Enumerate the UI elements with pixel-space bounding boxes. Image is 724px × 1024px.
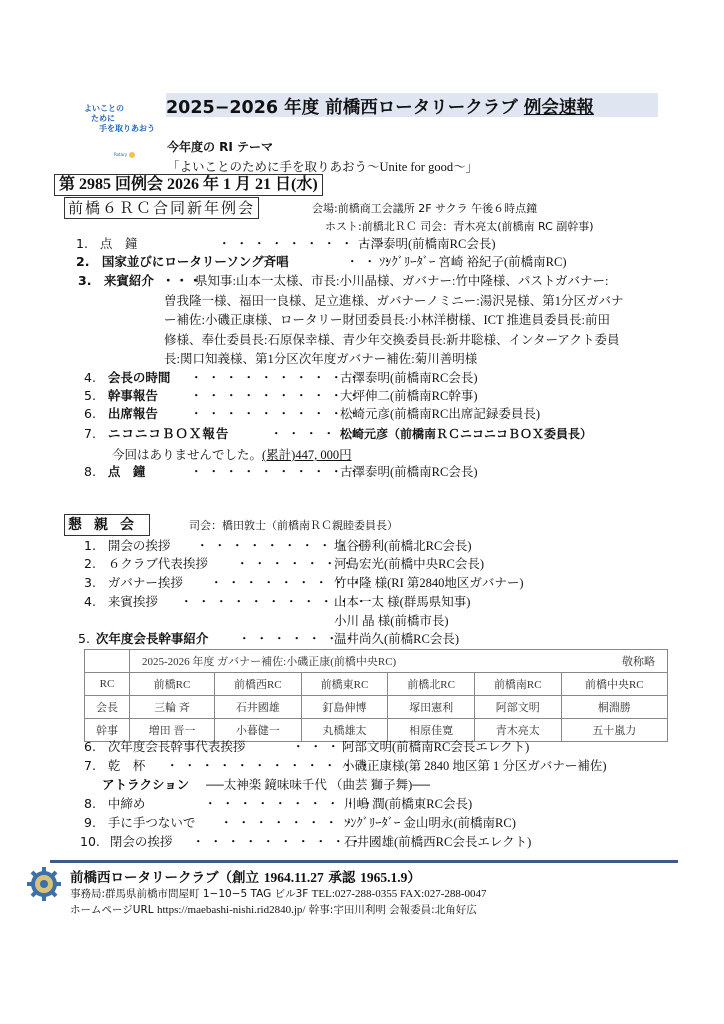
- table-header-text: 2025-2026 年度 ガバナー補佐:小磯正康(前橋中央RC): [142, 656, 396, 668]
- title-main: 2025−2026 年度 前橋西ロータリークラブ: [166, 98, 524, 118]
- honorific-note: 敬称略: [622, 653, 667, 669]
- party-item: 1. 開会の挨拶 ・・・・・・・・・・ 塩谷勝利(前橋北RC会長): [84, 537, 170, 555]
- item-label: 開会の挨拶: [108, 538, 171, 553]
- item-number: 7.: [84, 426, 96, 441]
- meeting-number-date: 第 2985 回例会 2026 年 1 月 21 日(水): [54, 174, 323, 196]
- item-number: 3.: [78, 273, 91, 288]
- officers-table: 2025-2026 年度 ガバナー補佐:小磯正康(前橋中央RC) 敬称略 RC …: [84, 649, 668, 742]
- theme-label: 今年度の RI テーマ: [167, 138, 273, 155]
- item-person: 古澤泰明(前橋南RC会長): [358, 235, 496, 253]
- item-person: ──太神楽 鏡味味千代 （曲芸 獅子舞)──: [206, 776, 430, 794]
- item-number: 6.: [84, 739, 96, 754]
- footer-office: 事務局:群馬県前橋市問屋町 1−10−5 TAG ビル3F TEL:027-28…: [70, 886, 487, 901]
- table-cell: 阿部文明: [474, 696, 561, 719]
- program-item: 7. ニコニコＢＯＸ報告 ・・・・ 松崎元彦（前橋南ＲＣニコニコＢＯＸ委員長）: [84, 425, 229, 443]
- item-person: 河島宏光(前橋中央RC会長): [334, 555, 484, 573]
- guest-line: 長:関口知義様、第1分区次年度ガバナー補佐:菊川善明様: [120, 350, 623, 370]
- dot-leader: ・・・・・・・・・・: [192, 833, 367, 851]
- item-label: 閉会の挨拶: [110, 834, 173, 849]
- theme-text: 「よいことのために手を取りあおう～Unite for good～」: [167, 157, 478, 175]
- program-item: 2. 国家並びにロータリーソング斉唱 ・・・ ｿﾝｸﾞﾘｰﾀﾞｰ 宮崎 裕紀子(…: [76, 253, 289, 271]
- guest-line: ー補佐:小磯正康様、ロータリー財団委員長:小林洋樹様、ICT 推進員委員長:前田: [120, 311, 623, 331]
- rotary-wheel-icon: [129, 152, 135, 158]
- table-cell: 前橋南RC: [474, 673, 561, 696]
- table-cell: 前橋RC: [130, 673, 215, 696]
- table-cell: 桐淵勝: [561, 696, 667, 719]
- rotary-mini-logo: Rotary: [114, 152, 135, 158]
- club-name: 前橋西ロータリークラブ（創立: [70, 870, 264, 886]
- item-person: ｿﾝｸﾞﾘｰﾀﾞｰ 金山明永(前橋南RC): [344, 814, 516, 832]
- table-header-cell: 2025-2026 年度 ガバナー補佐:小磯正康(前橋中央RC) 敬称略: [130, 650, 668, 673]
- item-person: 温井尚久(前橋RC会長): [334, 630, 459, 648]
- item-number: 4.: [84, 370, 96, 385]
- party-item: 10. 閉会の挨拶 ・・・・・・・・・・ 石井國雄(前橋西RC会長エレクト): [80, 833, 172, 851]
- item-label: 幹事報告: [108, 388, 158, 403]
- event-name: 前橋６ＲＣ合同新年例会: [64, 197, 259, 219]
- staff-info: 幹事:宇田川利明 会報委員:北角好広: [305, 904, 476, 916]
- program-item: 8. 点 鐘 ・・・・・・・・・・ 古澤泰明(前橋南RC会長): [84, 463, 145, 481]
- homepage-url[interactable]: https://maebashi-nishi.rid2840.jp/: [157, 904, 306, 916]
- table-cell: 前橋北RC: [388, 673, 475, 696]
- item-label: 国家並びにロータリーソング斉唱: [102, 254, 289, 269]
- guest-line: 県知事:山本一太様、市長:小川晶様、ガバナー:竹中隆様、パストガバナー:: [120, 272, 623, 292]
- item-person: 石井國雄(前橋西RC会長エレクト): [344, 833, 531, 851]
- rotary-wheel-icon: [26, 866, 62, 902]
- logo-line: よいことの: [84, 104, 155, 114]
- footer-divider: [50, 860, 678, 863]
- party-item: 4. 来賓挨拶 ・・・・・・・・・・・ 山本一太 様(群馬県知事): [84, 593, 158, 611]
- item-label: 次年度会長幹事代表挨拶: [108, 739, 246, 754]
- item-label: 中締め: [108, 796, 146, 811]
- dot-leader: ・・・・: [270, 425, 340, 443]
- item-label: ニコニコＢＯＸ報告: [108, 426, 230, 441]
- party-item: 8. 中締め ・・・・・・・・・・ 川嶋 潤(前橋東RC会長): [84, 795, 145, 813]
- paren-close: ）: [407, 870, 421, 886]
- table-cell: 石井國雄: [214, 696, 301, 719]
- table-cell: 塚田憲利: [388, 696, 475, 719]
- program-item: 4. 会長の時間 ・・・・・・・・・・ 古澤泰明(前橋南RC会長): [84, 369, 170, 387]
- party-item: 9. 手に手つないで ・・・・・・・・ ｿﾝｸﾞﾘｰﾀﾞｰ 金山明永(前橋南RC…: [84, 814, 195, 832]
- venue-info: 会場:前橋商工会議所 2F サクラ 午後６時点鐘: [312, 200, 537, 216]
- dot-leader: ・・・・・・・・・・: [190, 463, 365, 481]
- rotary-mini-text: Rotary: [114, 152, 127, 157]
- item-number: 10.: [80, 834, 100, 849]
- item-person: 阿部文明(前橋南RC会長エレクト): [342, 738, 529, 756]
- table-cell: 前橋中央RC: [561, 673, 667, 696]
- item-number: 1.: [76, 236, 88, 251]
- party-mc: 司会：橋田敦士（前橋南ＲＣ親睦委員長）: [189, 517, 398, 533]
- page-title: 2025−2026 年度 前橋西ロータリークラブ 例会速報: [166, 94, 594, 119]
- item-label: ６クラブ代表挨拶: [108, 556, 208, 571]
- item-label: 点 鐘: [108, 464, 146, 479]
- item-person: 小川 晶 様(前橋市長): [334, 612, 449, 630]
- footer-club-name: 前橋西ロータリークラブ（創立 1964.11.27 承認 1965.1.9）: [70, 866, 421, 886]
- item-label: アトラクション: [102, 777, 189, 792]
- item-person: 古澤泰明(前橋南RC会長): [340, 463, 478, 481]
- item-person: 塩谷勝利(前橋北RC会長): [334, 537, 472, 555]
- nikoniko-note: 今回はありませんでした。(累計)447, 000円: [112, 445, 352, 463]
- item-label: 出席報告: [108, 406, 158, 421]
- party-title: 懇親会: [64, 514, 150, 536]
- item-person: 竹中隆 様(RI 第2840地区ガバナー): [334, 574, 524, 592]
- item-person: 古澤泰明(前橋南RC会長): [340, 369, 478, 387]
- item-number: 2.: [84, 556, 96, 571]
- item-person: 大坪伸二(前橋南RC幹事): [340, 387, 478, 405]
- item-person: 松崎元彦（前橋南ＲＣニコニコＢＯＸ委員長）: [340, 425, 592, 443]
- approved-label: 承認: [324, 870, 360, 886]
- tel-fax: TEL:027-288-0355 FAX:027-288-0047: [312, 888, 487, 900]
- table-cell: RC: [85, 673, 130, 696]
- item-person: 山本一太 様(群馬県知事): [334, 593, 470, 611]
- item-label: 次年度会長幹事紹介: [96, 631, 209, 646]
- founded-date: 1964.11.27: [264, 870, 324, 885]
- item-number: 8.: [84, 464, 96, 479]
- party-item: 2. ６クラブ代表挨拶 ・・・・・・・ 河島宏光(前橋中央RC会長): [84, 555, 208, 573]
- program-item: 1. 点 鐘 ・・・・・・・・・・ 古澤泰明(前橋南RC会長): [76, 235, 137, 253]
- program-item: 5. 幹事報告 ・・・・・・・・・・ 大坪伸二(前橋南RC幹事): [84, 387, 158, 405]
- item-number: 9.: [84, 815, 96, 830]
- item-number: 3.: [84, 575, 96, 590]
- dot-leader: ・・・・・・・・・・: [190, 387, 365, 405]
- approved-date: 1965.1.9: [360, 870, 407, 885]
- dot-leader: ・・・・・・・・・・: [190, 405, 365, 423]
- theme-logo: よいことの ために 手を取りあおう: [84, 104, 155, 134]
- party-item: 3. ガバナー挨拶 ・・・・・・・・・ 竹中隆 様(RI 第2840地区ガバナー…: [84, 574, 183, 592]
- guest-line: 修様、奉仕委員長:石原保幸様、青少年交換委員長:新井聡様、インターアクト委員: [120, 331, 623, 351]
- guest-line: 曽我隆一様、福田一良様、足立進様、ガバナーノミニー:湯沢晃様、第1分区ガバナ: [120, 292, 623, 312]
- item-label: 会長の時間: [108, 370, 171, 385]
- party-item: アトラクション ──太神楽 鏡味味千代 （曲芸 獅子舞)──: [102, 776, 189, 794]
- program-item: 6. 出席報告 ・・・・・・・・・・ 松崎元彦(前橋南RC出席記録委員長): [84, 405, 158, 423]
- table-row: 会長 三輪 斉 石井國雄 釘島伸博 塚田憲利 阿部文明 桐淵勝: [85, 696, 668, 719]
- item-label: 点 鐘: [100, 236, 138, 251]
- item-number: 1.: [84, 538, 96, 553]
- host-info: ホスト:前橋北ＲＣ 司会：青木亮太(前橋南 RC 副幹事): [325, 218, 594, 234]
- item-person: 川嶋 潤(前橋東RC会長): [344, 795, 472, 813]
- table-header-row: 2025-2026 年度 ガバナー補佐:小磯正康(前橋中央RC) 敬称略: [85, 650, 668, 673]
- homepage-label: ホームページURL: [70, 904, 157, 916]
- logo-line: ために: [84, 114, 155, 124]
- item-number: 6.: [84, 406, 96, 421]
- item-number: 8.: [84, 796, 96, 811]
- item-number: 4.: [84, 594, 96, 609]
- table-cell: 前橋西RC: [214, 673, 301, 696]
- item-label: ガバナー挨拶: [108, 575, 183, 590]
- table-cell: 五十嵐力: [561, 719, 667, 742]
- item-person: 小磯正康様(第 2840 地区第 1 分区ガバナー補佐): [342, 757, 607, 775]
- table-cell: 会長: [85, 696, 130, 719]
- dot-leader: ・・・・・・・・: [220, 814, 360, 832]
- nikoniko-total: (累計)447, 000円: [262, 448, 352, 462]
- party-item: 6. 次年度会長幹事代表挨拶 ・・・ 阿部文明(前橋南RC会長エレクト): [84, 738, 245, 756]
- table-cell: 釘島伸博: [301, 696, 388, 719]
- dot-leader: ・・・・・・・・・・: [190, 369, 365, 387]
- item-person: 松崎元彦(前橋南RC出席記録委員長): [340, 405, 540, 423]
- office-address: 事務局:群馬県前橋市問屋町 1−10−5 TAG ビル3F: [70, 888, 312, 900]
- item-label: 乾 杯: [108, 758, 146, 773]
- footer-web: ホームページURL https://maebashi-nishi.rid2840…: [70, 902, 477, 917]
- title-emphasis: 例会速報: [524, 98, 594, 118]
- item-number: 5.: [78, 631, 90, 646]
- party-item: 5. 次年度会長幹事紹介 ・・・・・・・ 温井尚久(前橋RC会長): [78, 630, 208, 648]
- item-number: 5.: [84, 388, 96, 403]
- dot-leader: ・・・: [292, 738, 345, 756]
- table-cell: [85, 650, 130, 673]
- logo-line: 手を取りあおう: [84, 124, 155, 134]
- item-number: 2.: [76, 254, 89, 269]
- item-label: 手に手つないで: [108, 815, 196, 830]
- item-label: 来賓挨拶: [108, 594, 158, 609]
- party-item: 7. 乾 杯 ・・・・・・・・・・・・ 小磯正康様(第 2840 地区第 1 分…: [84, 757, 145, 775]
- nikoniko-status: 今回はありませんでした。: [112, 448, 262, 462]
- table-row: RC 前橋RC 前橋西RC 前橋東RC 前橋北RC 前橋南RC 前橋中央RC: [85, 673, 668, 696]
- item-number: 7.: [84, 758, 96, 773]
- table-cell: 前橋東RC: [301, 673, 388, 696]
- table-cell: 三輪 斉: [130, 696, 215, 719]
- item-person: ｿﾝｸﾞﾘｰﾀﾞｰ 宮崎 裕紀子(前橋南RC): [379, 253, 567, 271]
- guest-list: 県知事:山本一太様、市長:小川晶様、ガバナー:竹中隆様、パストガバナー: 曽我隆…: [120, 272, 623, 370]
